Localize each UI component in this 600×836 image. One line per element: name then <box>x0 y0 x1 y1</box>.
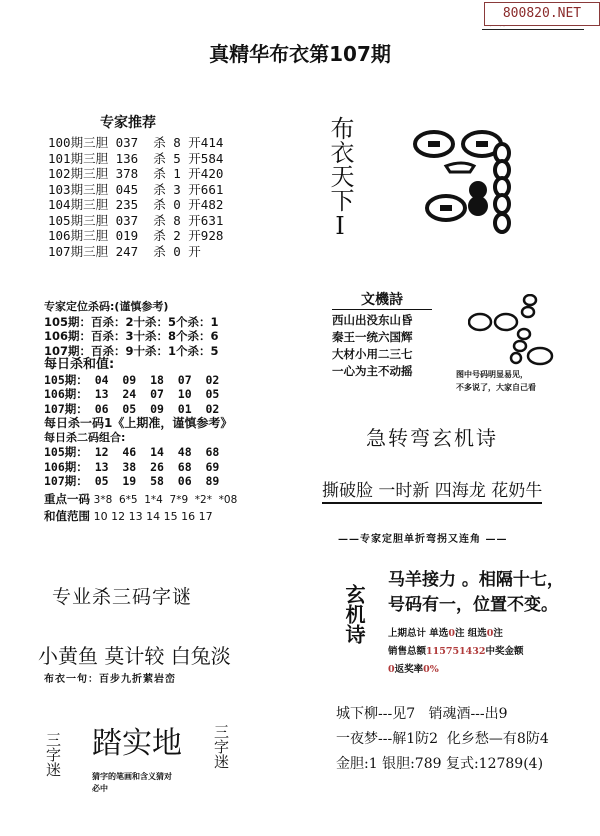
list-item: 105期： 12 46 14 48 68 <box>44 445 237 460</box>
site-watermark[interactable]: 800820.NET <box>484 2 600 26</box>
tip-line: 金胆:1 银胆:789 复式:12789(4) <box>336 752 549 777</box>
prize-label: 中奖金额 <box>486 646 524 657</box>
coins-figure-2-icon <box>468 294 568 366</box>
position-kill-heading: 专家定位杀码:(谨慎参考) <box>44 300 237 315</box>
page-title: 真精华布衣第107期 <box>0 38 600 67</box>
stats-block: 上期总计 单选0注 组选0注 销售总额115751432中奖金额 0返奖率0% <box>388 625 524 679</box>
sharp-turn-title: 急转弯玄机诗 <box>366 422 498 451</box>
daily-kill-one: 每日杀一码1《上期准，谨慎参考》 <box>44 416 237 431</box>
return-rate: 0% <box>423 664 439 675</box>
tip-line: 城下柳---见7 销魂酒---出9 <box>336 702 549 727</box>
list-item: 106期：百杀：3十杀：8个杀：6 <box>44 329 237 344</box>
stats-line-2: 销售总额115751432中奖金额 <box>388 643 524 661</box>
caption-line: 图中号码明显易见， <box>456 368 536 381</box>
single-count: 0 <box>448 628 455 639</box>
list-item: 101期三胆 136 杀 5 开584 <box>48 151 223 167</box>
stats-label: 注 <box>493 628 503 639</box>
clue-line: 号码有一，位置不变。 <box>388 593 564 618</box>
poem-line: 秦王一统六国辉 <box>332 329 432 346</box>
sales-label: 销售总额 <box>388 646 426 657</box>
list-item: 105期：百杀：2十杀：5个杀：1 <box>44 315 237 330</box>
sanzi-right: 三字迷 <box>212 724 229 769</box>
stats-line-3: 0返奖率0% <box>388 661 524 679</box>
clue-text: 马羊接力 。相隔十七， 号码有一，位置不变。 <box>388 568 564 618</box>
list-item: 107期：百杀：9十杀：1个杀：5 <box>44 344 237 359</box>
sum-range-value: 10 12 13 14 15 16 17 <box>94 510 213 523</box>
key-code-label: 重点一码 <box>44 492 90 506</box>
expert-recommend-heading: 专家推荐 <box>100 112 156 132</box>
sanzi-left: 三字迷 <box>44 732 61 777</box>
key-code-value: 3*8 6*5 1*4 7*9 *2* *08 <box>94 494 238 506</box>
list-item: 107期： 05 19 58 06 89 <box>44 474 237 489</box>
key-code-row: 重点一码 3*8 6*5 1*4 7*9 *2* *08 <box>44 492 237 508</box>
tips-block: 城下柳---见7 销魂酒---出9 一夜梦---解1防2 化乡愁—有8防4 金胆… <box>336 702 549 777</box>
stats-label: 注 组选 <box>455 628 487 639</box>
caption-line: 不多说了，大家自己看 <box>456 381 536 394</box>
xuanji-vertical-title: 玄机诗 <box>338 584 370 644</box>
list-item: 103期三胆 045 杀 3 开661 <box>48 182 223 198</box>
clue-line: 马羊接力 。相隔十七， <box>388 568 564 593</box>
list-item: 105期： 04 09 18 07 02 <box>44 373 237 388</box>
list-item: 107期三胆 247 杀 0 开 <box>48 244 223 260</box>
expert-line: ——专家定胆单折弯拐又连角 —— <box>338 530 507 545</box>
tashidi-riddle: 踏实地 <box>92 718 182 762</box>
list-item: 106期三胆 019 杀 2 开928 <box>48 228 223 244</box>
poem-box: 文機詩 西山出没东山昏 秦王一统六国辉 大材小用二三七 一心为主不动摇 <box>332 292 432 380</box>
prize-value: 0 <box>388 664 395 675</box>
poem-line: 一心为主不动摇 <box>332 363 432 380</box>
sum-range-row: 和值范围 10 12 13 14 15 16 17 <box>44 509 237 525</box>
sales-value: 115751432 <box>426 646 486 657</box>
kill3-heading: 专业杀三码字谜 <box>52 582 192 609</box>
list-item: 105期三胆 037 杀 8 开631 <box>48 213 223 229</box>
daily-sum-kill-heading: 每日杀和值: <box>44 358 237 373</box>
buyi-sentence: 布衣一句：百步九折萦岩峦 <box>44 670 176 685</box>
poem-line: 大材小用二三七 <box>332 346 432 363</box>
kill3-words: 小黄鱼 莫计较 白兔淡 <box>38 640 231 669</box>
coins-figure-icon <box>410 128 530 238</box>
list-item: 106期： 13 24 07 10 05 <box>44 387 237 402</box>
stats-line-1: 上期总计 单选0注 组选0注 <box>388 625 524 643</box>
figure-caption: 图中号码明显易见， 不多说了，大家自己看 <box>456 368 536 394</box>
list-item: 104期三胆 235 杀 0 开482 <box>48 197 223 213</box>
buyi-vertical-title: 布衣天下I <box>326 116 354 240</box>
expert-recommend-list: 100期三胆 037 杀 8 开414 101期三胆 136 杀 5 开584 … <box>48 135 223 259</box>
list-item: 107期： 06 05 09 01 02 <box>44 402 237 417</box>
list-item: 106期： 13 38 26 68 69 <box>44 460 237 475</box>
list-item: 102期三胆 378 杀 1 开420 <box>48 166 223 182</box>
tip-line: 一夜梦---解1防2 化乡愁—有8防4 <box>336 727 549 752</box>
riddle-line: 撕破脸 一时新 四海龙 花奶牛 <box>322 476 542 504</box>
kill-code-block: 专家定位杀码:(谨慎参考) 105期：百杀：2十杀：5个杀：1 106期：百杀：… <box>44 300 237 525</box>
stats-label: 上期总计 单选 <box>388 628 448 639</box>
daily-kill-two-heading: 每日杀二码组合: <box>44 431 237 446</box>
list-item: 100期三胆 037 杀 8 开414 <box>48 135 223 151</box>
sum-range-label: 和值范围 <box>44 509 90 523</box>
tashidi-hint: 猜字的笔画和含义猜对必中 <box>92 770 176 794</box>
poem-line: 西山出没东山昏 <box>332 312 432 329</box>
return-label: 返奖率 <box>395 664 424 675</box>
poem-title: 文機詩 <box>332 292 432 310</box>
